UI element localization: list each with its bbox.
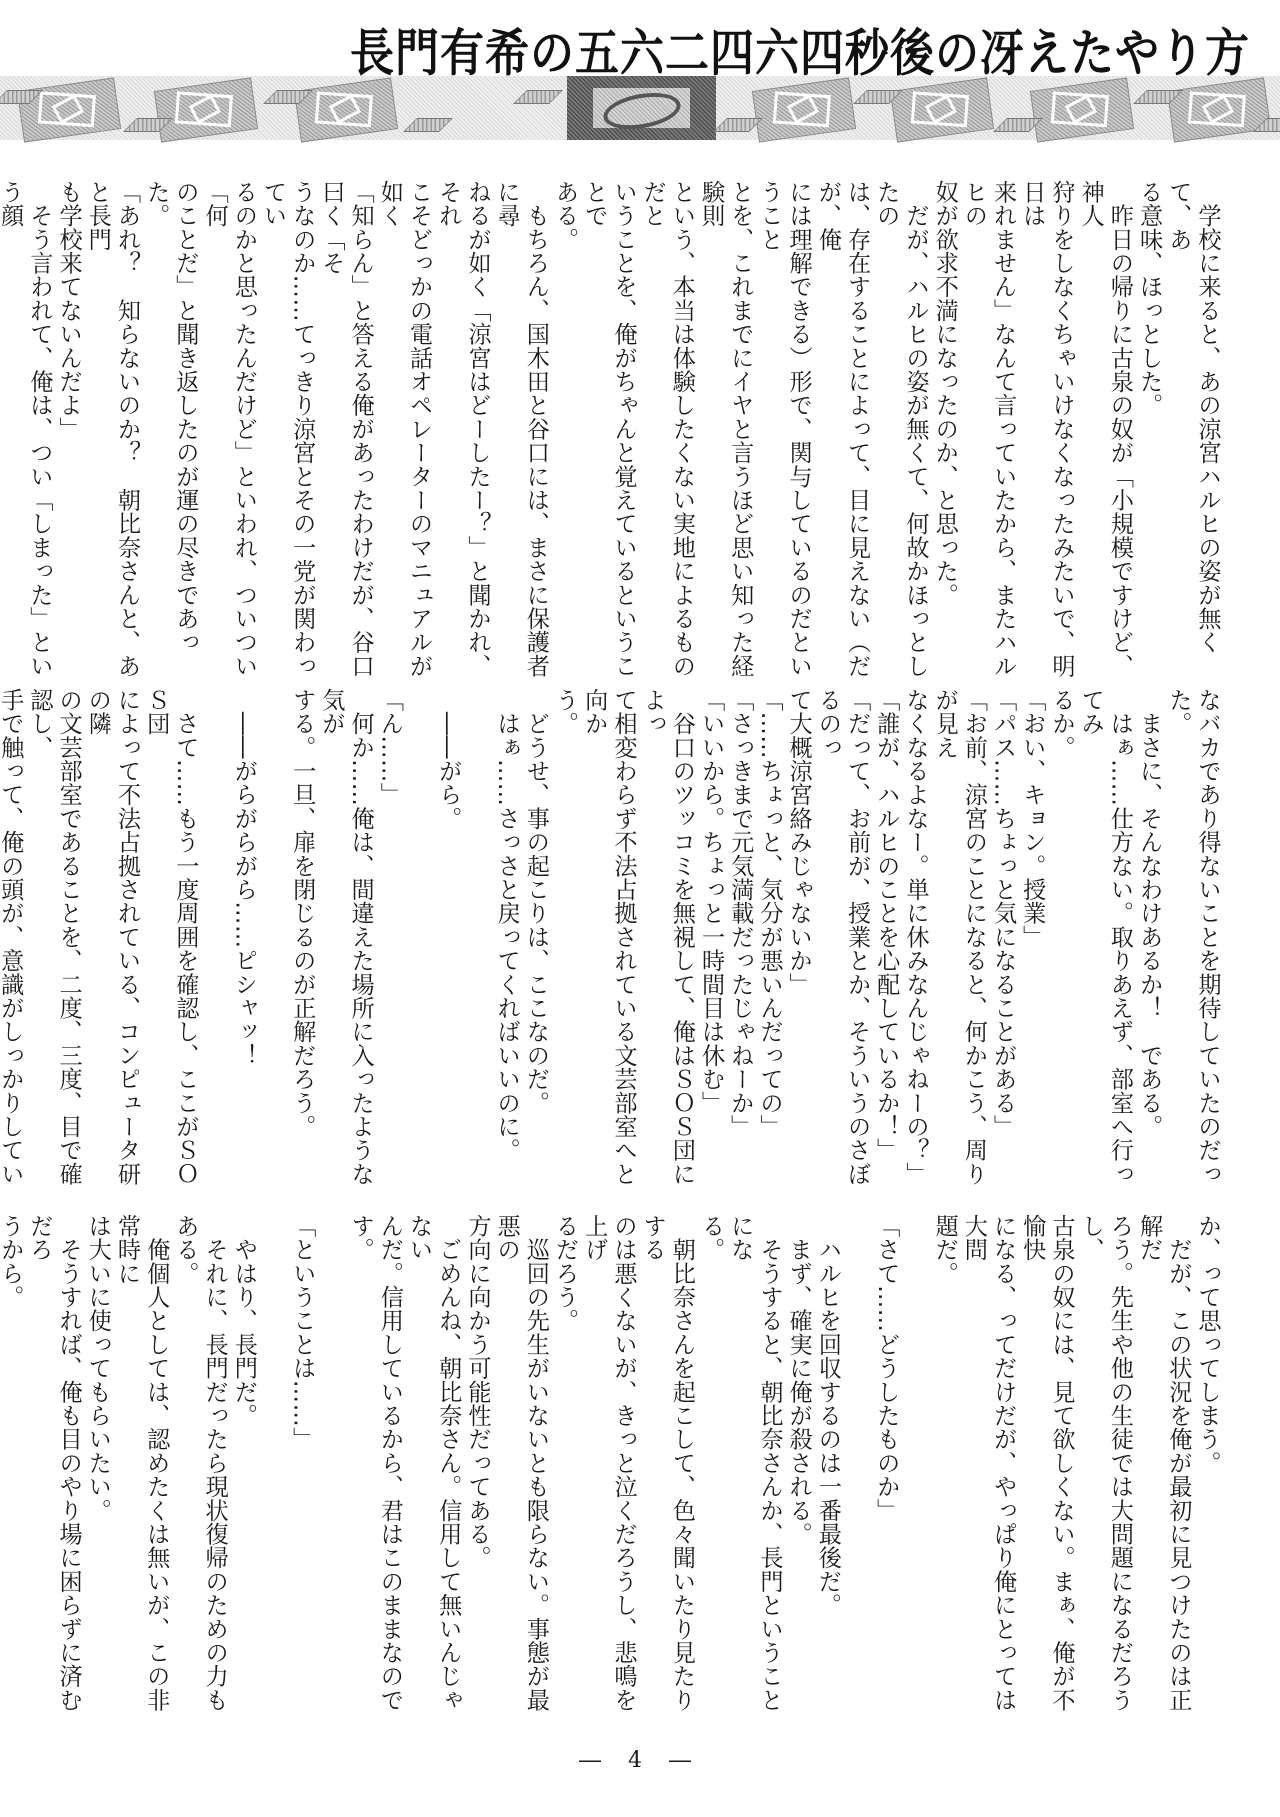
text-column: か、って思ってしまう。 xyxy=(1193,1214,1222,1724)
text-column: さて……もう一度周囲を確認し、ここがＳＯＳ団 xyxy=(141,688,199,1208)
text-column: 「お前、涼宮のことになると、何かこう、周りが見え xyxy=(930,688,988,1208)
text-column: 「おい、キョン。授業」 xyxy=(1018,688,1047,1208)
text-column: という、本当は体験したくない実地によるものだと xyxy=(638,180,696,680)
diamond-ornament-icon xyxy=(403,118,453,132)
rose-ornament-icon xyxy=(1030,77,1134,142)
page-number: ― 4 ― xyxy=(0,1748,1280,1773)
text-column: て大概涼宮絡みじゃないか」 xyxy=(784,688,813,1208)
text-column: ――がらがらがら……ピシャッ！ xyxy=(229,688,258,1208)
rose-ornament-icon xyxy=(890,77,994,142)
text-column: るだろう。 xyxy=(550,1214,579,1724)
text-column: 「パス……ちょっと気になることがある」 xyxy=(988,688,1017,1208)
text-column: 「……ちょっと、気分が悪いんだっての」 xyxy=(755,688,784,1208)
text-column xyxy=(842,1214,871,1724)
text-column: もちろん、国木田と谷口には、まさに保護者に尋 xyxy=(492,180,550,680)
text-column: の文芸部室であることを、二度、三度、目で確認し、 xyxy=(25,688,83,1208)
text-column: は大いに使ってもらいたい。 xyxy=(83,1214,112,1724)
text-column: 「さて……どうしたものか」 xyxy=(872,1214,901,1724)
text-column xyxy=(901,1214,930,1724)
text-column: ある。 xyxy=(550,180,579,680)
text-column: 朝比奈さんを起こして、色々聞いたり見たりする xyxy=(638,1214,696,1724)
text-column: 題だ。 xyxy=(930,1214,959,1724)
text-column: 「ん……」 xyxy=(375,688,404,1208)
text-tier-1: 学校に来ると、あの涼宮ハルヒの姿が無くて、ある意味、ほっとした。 昨日の帰りに古… xyxy=(48,180,1222,680)
text-column: ごめんね、朝比奈さん。信用して無いんじゃない xyxy=(404,1214,462,1724)
text-column: なくなるよなー。単に休みなんじゃねーの？」 xyxy=(901,688,930,1208)
text-column: まさに、そんなわけあるか！ である。 xyxy=(1134,688,1163,1208)
text-column: るのかと思ったんだけど」といわれ、ついつい「何 xyxy=(200,180,258,680)
text-column: るか。 xyxy=(1047,688,1076,1208)
text-column: 「あれ？ 知らないのか？ 朝比奈さんと、あと長門 xyxy=(83,180,141,680)
text-column: そうすると、朝比奈さんか、長門ということにな xyxy=(726,1214,784,1724)
text-column: 昨日の帰りに古泉の奴が「小規模ですけど、神人 xyxy=(1076,180,1134,680)
text-column: どうせ、事の起こりは、ここなのだ。 xyxy=(521,688,550,1208)
text-column: 奴が欲求不満になったのか、と思った。 xyxy=(930,180,959,680)
text-column xyxy=(258,1214,287,1724)
text-column: ――がら。 xyxy=(434,688,463,1208)
text-column: 手で触って、俺の頭が、意識がしっかりしているこ xyxy=(0,688,25,1208)
text-column: それに、長門だったら現状復帰のための力もある。 xyxy=(171,1214,229,1724)
text-column: には理解できる）形で、関与しているのだということ xyxy=(755,180,813,680)
text-column: ろう。先生や他の生徒では大問題になるだろうし、 xyxy=(1076,1214,1134,1724)
rose-ornament-icon xyxy=(294,77,398,142)
text-column: いうことを、俺がちゃんと覚えているということで xyxy=(580,180,638,680)
text-column: はぁ……仕方ない。取りあえず、部室へ行ってみ xyxy=(1076,688,1134,1208)
text-column: のは悪くないが、きっと泣くだろうし、悲鳴を上げ xyxy=(580,1214,638,1724)
text-column: やはり、長門だ。 xyxy=(229,1214,258,1724)
ornament-band xyxy=(0,76,1280,140)
text-column: 「誰が、ハルヒのことを心配しているか！」 xyxy=(872,688,901,1208)
text-column: 学校に来ると、あの涼宮ハルヒの姿が無くて、あ xyxy=(1164,180,1222,680)
text-column: 方向に向かう可能性だってある。 xyxy=(463,1214,492,1724)
text-column: まず、確実に俺が殺される。 xyxy=(784,1214,813,1724)
text-column: 「だって、お前が、授業とか、そういうのさぼるのっ xyxy=(813,688,871,1208)
text-column: 俺個人としては、認めたくは無いが、この非常時に xyxy=(112,1214,170,1724)
text-column xyxy=(463,688,492,1208)
text-column xyxy=(258,688,287,1208)
text-column: そう言われて、俺は、つい「しまった」という顔 xyxy=(0,180,54,680)
text-column: んだ。信用しているから、君はこのままなのです。 xyxy=(346,1214,404,1724)
text-column xyxy=(200,688,229,1208)
diamond-ornament-icon xyxy=(513,90,563,104)
text-column: る意味、ほっとした。 xyxy=(1134,180,1163,680)
text-column: なバカであり得ないことを期待していたのだった。 xyxy=(1164,688,1222,1208)
text-column: のことだ」と聞き返したのが運の尽きであった。 xyxy=(141,180,199,680)
text-column: する。一旦、扉を閉じるのが正解だろう。 xyxy=(288,688,317,1208)
text-column: う。 xyxy=(550,688,579,1208)
diamond-ornament-icon xyxy=(713,118,763,132)
text-column: る。 xyxy=(696,1214,725,1724)
text-column: になる、ってだけだが、やっぱり俺にとっては大問 xyxy=(959,1214,1017,1724)
text-column: て相変わらず不法占拠されている文芸部室へと向か xyxy=(580,688,638,1208)
text-column: 狩りをしなくちゃいけなくなったみたいで、明日は xyxy=(1018,180,1076,680)
text-column: だが、ハルヒの姿が無くて、何故かほっとしたの xyxy=(872,180,930,680)
text-column: だが、この状況を俺が最初に見つけたのは正解だ xyxy=(1134,1214,1192,1724)
text-column: はぁ……さっさと戻ってくればいいのに。 xyxy=(492,688,521,1208)
text-column xyxy=(404,688,433,1208)
center-rose-emblem-icon xyxy=(567,76,716,140)
rose-ornament-icon xyxy=(17,77,121,142)
text-column: ねるが如く「涼宮はどーしたー？」と聞かれ、それ xyxy=(434,180,492,680)
text-column: 巡回の先生がいないとも限らない。事態が最悪の xyxy=(492,1214,550,1724)
text-tier-3: か、って思ってしまう。 だが、この状況を俺が最初に見つけたのは正解だろう。先生や… xyxy=(48,1214,1222,1724)
text-column: 「いいから。ちょっと一時間目は休む」 xyxy=(696,688,725,1208)
text-column: も学校来てないんだよ」 xyxy=(54,180,83,680)
text-tier-2: なバカであり得ないことを期待していたのだった。 まさに、そんなわけあるか！ であ… xyxy=(48,688,1222,1208)
text-column: は、存在することによって、目に見えない（だが、俺 xyxy=(813,180,871,680)
text-column: 谷口のツッコミを無視して、俺はＳＯＳ団によっ xyxy=(638,688,696,1208)
text-column: 古泉の奴には、見て欲しくない。まぁ、俺が不愉快 xyxy=(1018,1214,1076,1724)
text-column: 何か……俺は、間違えた場所に入ったような気が xyxy=(317,688,375,1208)
text-column: 「さっきまで元気満載だったじゃねーか」 xyxy=(726,688,755,1208)
text-column: 「ということは……」 xyxy=(288,1214,317,1724)
text-column xyxy=(317,1214,346,1724)
text-column: こそどっかの電話オペレーターのマニュアルが如く xyxy=(375,180,433,680)
text-column: 来れません」なんて言っていたから、またハルヒの xyxy=(959,180,1017,680)
text-column: うなのか……てっきり涼宮とその一党が関わってい xyxy=(258,180,316,680)
text-column: 「知らん」と答える俺があったわけだが、谷口曰く「そ xyxy=(317,180,375,680)
text-column: そうすれば、俺も目のやり場に困らずに済むだろ xyxy=(25,1214,83,1724)
page-title: 長門有希の五六二四六四秒後の冴えたやり方 xyxy=(350,12,1250,81)
text-column: とを、これまでにイヤと言うほど思い知った経験則 xyxy=(696,180,754,680)
rose-ornament-icon xyxy=(154,77,258,142)
rose-ornament-icon xyxy=(752,77,856,142)
rose-ornament-icon xyxy=(1167,77,1271,142)
text-column: うから。 xyxy=(0,1214,25,1724)
text-column: ハルヒを回収するのは一番最後だ。 xyxy=(813,1214,842,1724)
text-column: によって不法占拠されている、コンピュータ研の隣 xyxy=(83,688,141,1208)
